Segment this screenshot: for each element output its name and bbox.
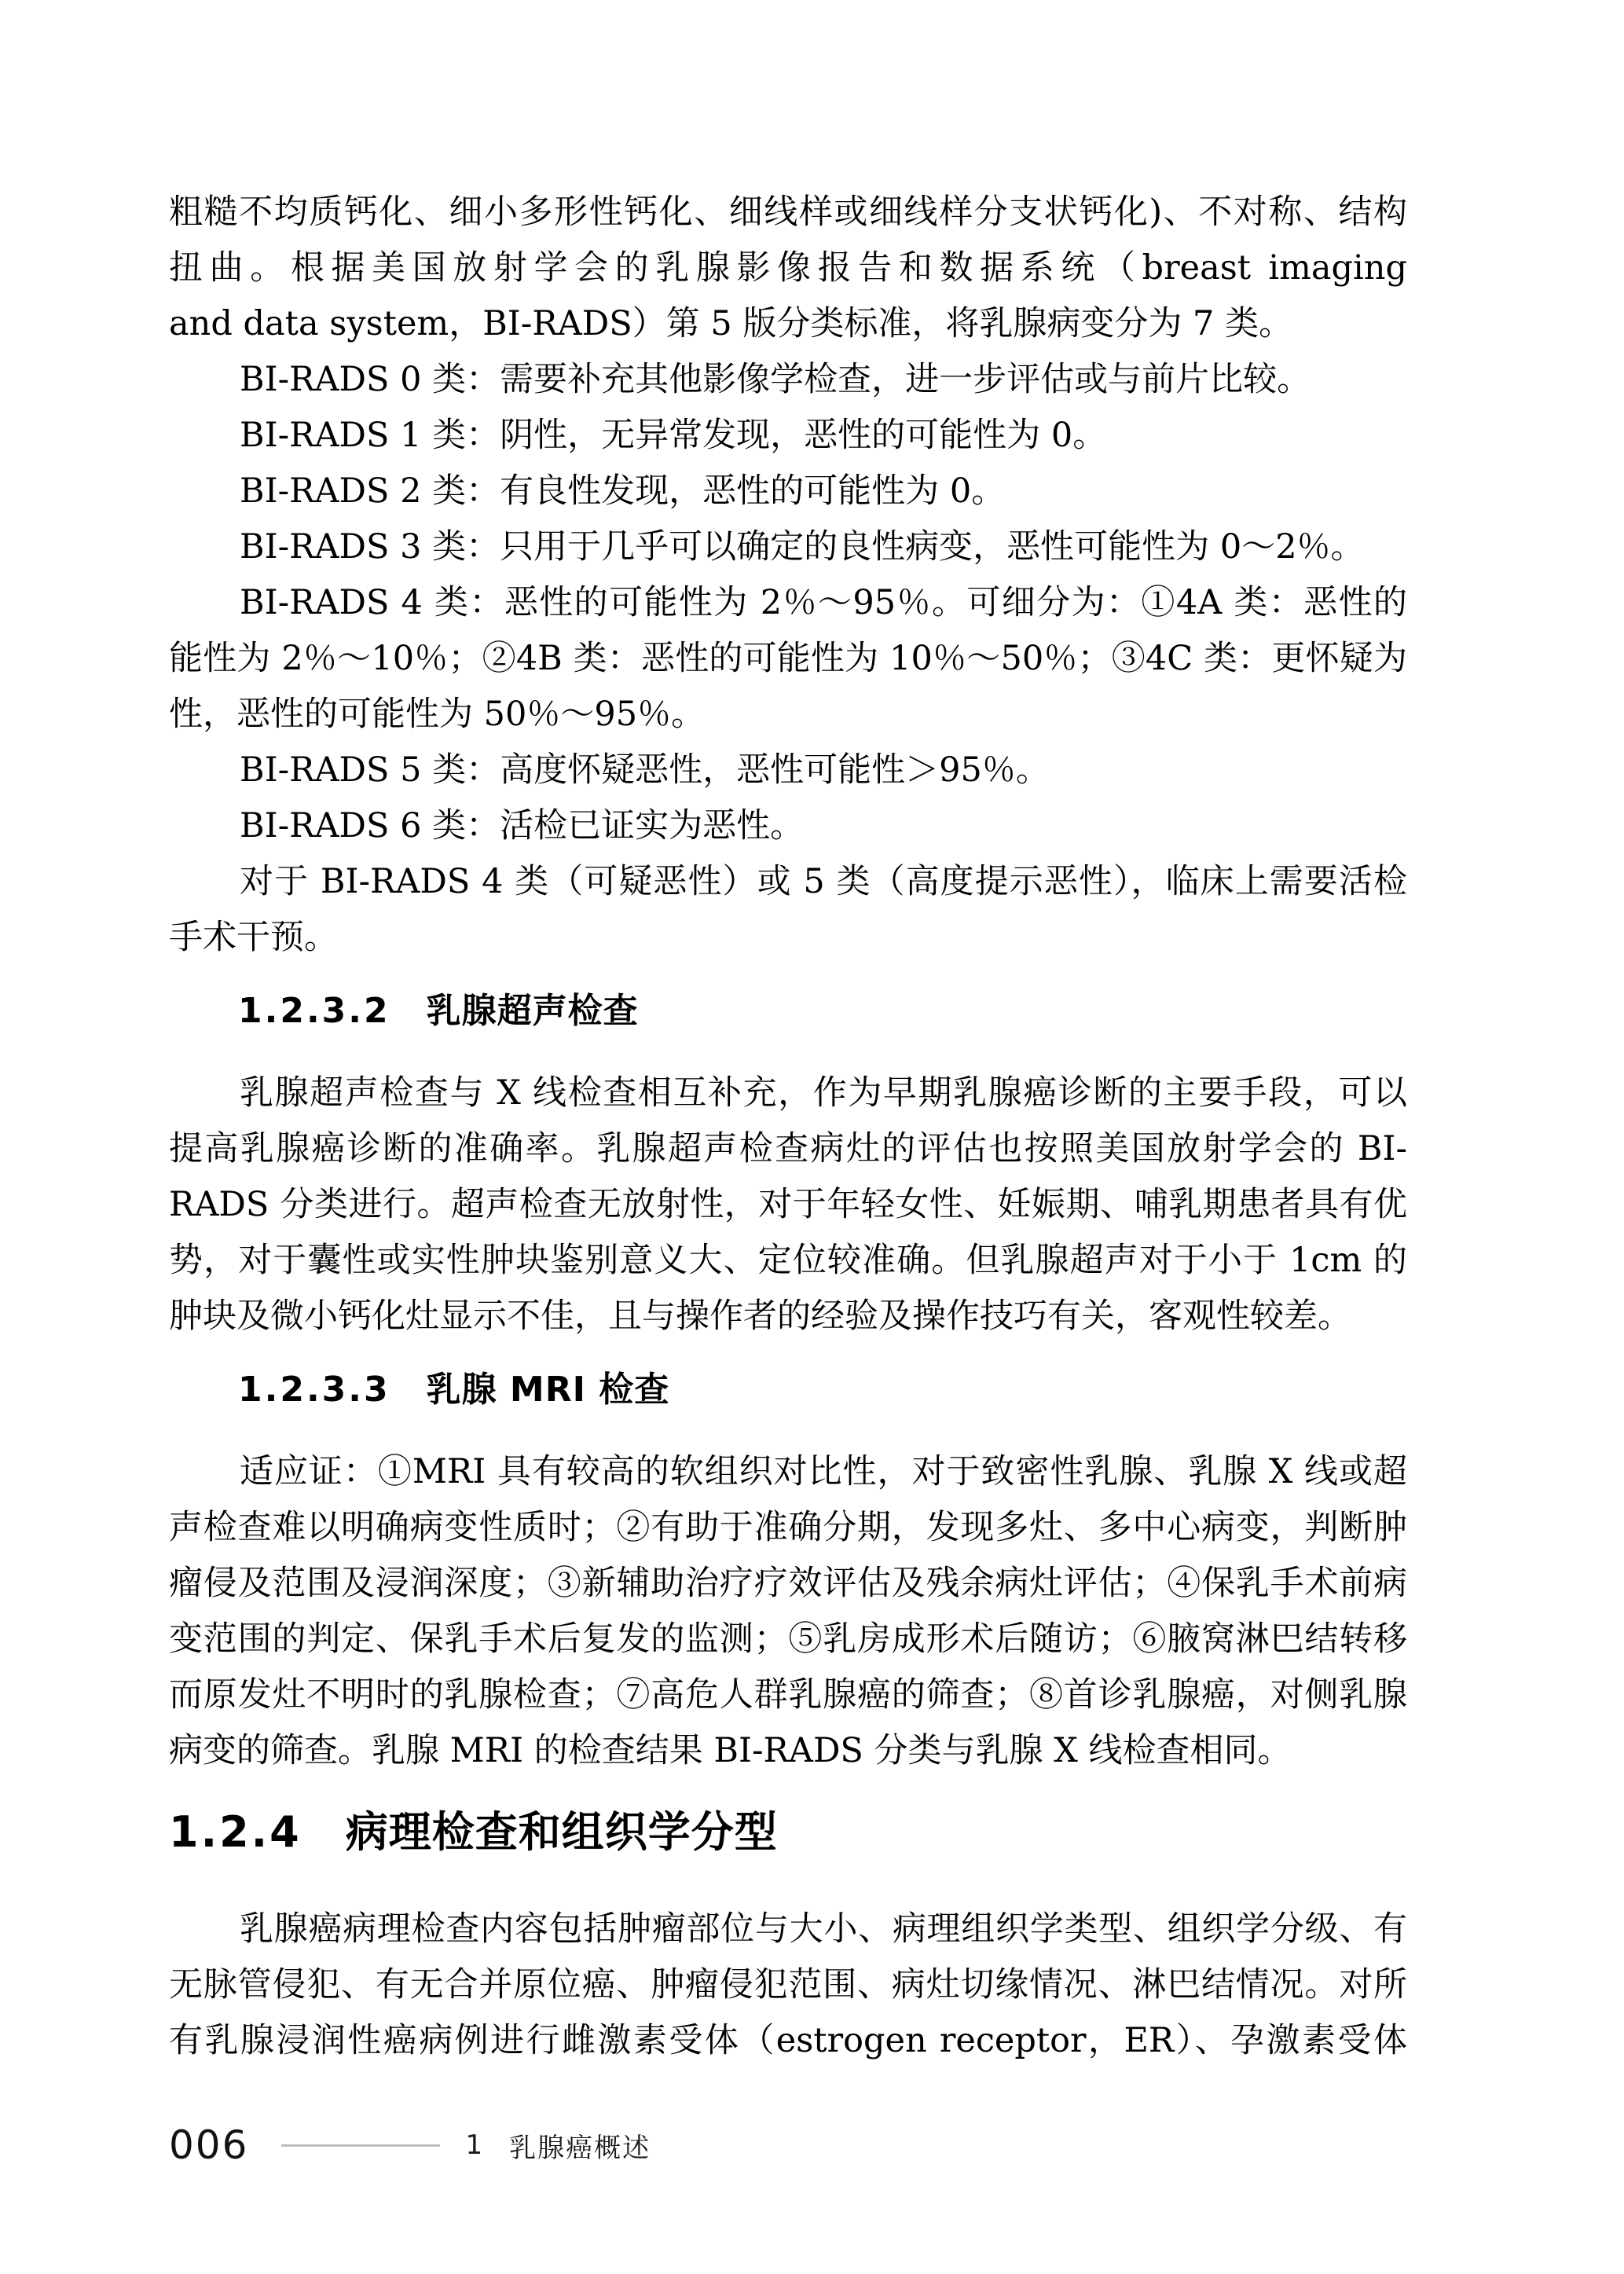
- text-line: 适应证：①MRI 具有较高的软组织对比性，对于致密性乳腺、乳腺 X 线或超: [169, 1444, 1407, 1500]
- text-line: 扭曲。根据美国放射学会的乳腺影像报告和数据系统（breast imaging r…: [169, 240, 1407, 296]
- heading-title: 乳腺 MRI 检查: [427, 1370, 670, 1410]
- paragraph: BI-RADS 0 类：需要补充其他影像学检查，进一步评估或与前片比较。: [169, 352, 1407, 408]
- text-line: 能性为 2％～10％；②4B 类：恶性的可能性为 10％～50％；③4C 类：更…: [169, 631, 1407, 687]
- paragraph: BI-RADS 1 类：阴性，无异常发现，恶性的可能性为 0。: [169, 408, 1407, 464]
- page-number: 006: [169, 2122, 248, 2168]
- text-line: BI-RADS 4 类：恶性的可能性为 2％～95％。可细分为：①4A 类：恶性…: [169, 575, 1407, 631]
- paragraph: BI-RADS 5 类：高度怀疑恶性，恶性可能性＞95％。: [169, 743, 1407, 798]
- paragraph: BI-RADS 6 类：活检已证实为恶性。: [169, 798, 1407, 854]
- text-line: BI-RADS 6 类：活检已证实为恶性。: [169, 798, 1407, 854]
- paragraph: 适应证：①MRI 具有较高的软组织对比性，对于致密性乳腺、乳腺 X 线或超声检查…: [169, 1444, 1407, 1779]
- chapter-title: 乳腺癌概述: [509, 2126, 651, 2165]
- text-line: 变范围的判定、保乳手术后复发的监测；⑤乳房成形术后随访；⑥腋窝淋巴结转移: [169, 1612, 1407, 1667]
- text-line: BI-RADS 2 类：有良性发现，恶性的可能性为 0。: [169, 464, 1407, 519]
- text-line: 有乳腺浸润性癌病例进行雌激素受体（estrogen receptor，ER）、孕…: [169, 2013, 1407, 2069]
- text-line: 提高乳腺癌诊断的准确率。乳腺超声检查病灶的评估也按照美国放射学会的 BI-: [169, 1121, 1407, 1177]
- text-line: RADS 分类进行。超声检查无放射性，对于年轻女性、妊娠期、哺乳期患者具有优: [169, 1177, 1407, 1233]
- text-line: 瘤侵及范围及浸润深度；③新辅助治疗疗效评估及残余病灶评估；④保乳手术前病: [169, 1556, 1407, 1612]
- document-content: 粗糙不均质钙化、细小多形性钙化、细线样或细线样分支状钙化)、不对称、结构扭曲。根…: [169, 185, 1407, 2069]
- text-line: 而原发灶不明时的乳腺检查；⑦高危人群乳腺癌的筛查；⑧首诊乳腺癌，对侧乳腺: [169, 1667, 1407, 1723]
- heading-title: 乳腺超声检查: [427, 991, 639, 1031]
- text-line: 声检查难以明确病变性质时；②有助于准确分期，发现多灶、多中心病变，判断肿: [169, 1500, 1407, 1556]
- text-line: 势，对于囊性或实性肿块鉴别意义大、定位较准确。但乳腺超声对于小于 1cm 的: [169, 1233, 1407, 1289]
- heading-number: 1.2.3.3: [238, 1370, 390, 1410]
- text-line: 肿块及微小钙化灶显示不佳，且与操作者的经验及操作技巧有关，客观性较差。: [169, 1289, 1407, 1344]
- paragraph: 对于 BI-RADS 4 类（可疑恶性）或 5 类（高度提示恶性），临床上需要活…: [169, 854, 1407, 966]
- text-line: 无脉管侵犯、有无合并原位癌、肿瘤侵犯范围、病灶切缘情况、淋巴结情况。对所: [169, 1957, 1407, 2013]
- text-line: BI-RADS 1 类：阴性，无异常发现，恶性的可能性为 0。: [169, 408, 1407, 464]
- section-heading-1.2.4: 1.2.4病理检查和组织学分型: [169, 1801, 1407, 1864]
- page-footer: 006 1 乳腺癌概述: [169, 2122, 651, 2169]
- paragraph: 乳腺超声检查与 X 线检查相互补充，作为早期乳腺癌诊断的主要手段，可以提高乳腺癌…: [169, 1065, 1407, 1344]
- text-line: 乳腺癌病理检查内容包括肿瘤部位与大小、病理组织学类型、组织学分级、有: [169, 1902, 1407, 1957]
- paragraph: BI-RADS 3 类：只用于几乎可以确定的良性病变，恶性可能性为 0～2％。: [169, 519, 1407, 575]
- heading-number: 1.2.4: [169, 1807, 302, 1857]
- book-page: 粗糙不均质钙化、细小多形性钙化、细线样或细线样分支状钙化)、不对称、结构扭曲。根…: [0, 0, 1624, 2274]
- section-heading-1.2.3.3: 1.2.3.3乳腺 MRI 检查: [169, 1362, 1407, 1418]
- paragraph: BI-RADS 4 类：恶性的可能性为 2％～95％。可细分为：①4A 类：恶性…: [169, 575, 1407, 743]
- text-line: and data system，BI-RADS）第 5 版分类标准，将乳腺病变分…: [169, 296, 1407, 352]
- chapter-number: 1: [465, 2129, 482, 2161]
- text-line: 对于 BI-RADS 4 类（可疑恶性）或 5 类（高度提示恶性），临床上需要活…: [169, 854, 1407, 910]
- text-line: 乳腺超声检查与 X 线检查相互补充，作为早期乳腺癌诊断的主要手段，可以: [169, 1065, 1407, 1121]
- text-line: BI-RADS 5 类：高度怀疑恶性，恶性可能性＞95％。: [169, 743, 1407, 798]
- footer-rule: [281, 2144, 440, 2147]
- heading-number: 1.2.3.2: [238, 991, 390, 1031]
- paragraph: 粗糙不均质钙化、细小多形性钙化、细线样或细线样分支状钙化)、不对称、结构扭曲。根…: [169, 185, 1407, 352]
- text-line: 手术干预。: [169, 910, 1407, 966]
- text-line: 粗糙不均质钙化、细小多形性钙化、细线样或细线样分支状钙化)、不对称、结构: [169, 185, 1407, 240]
- paragraph: BI-RADS 2 类：有良性发现，恶性的可能性为 0。: [169, 464, 1407, 519]
- text-line: 病变的筛查。乳腺 MRI 的检查结果 BI-RADS 分类与乳腺 X 线检查相同…: [169, 1723, 1407, 1779]
- text-line: BI-RADS 0 类：需要补充其他影像学检查，进一步评估或与前片比较。: [169, 352, 1407, 408]
- text-line: BI-RADS 3 类：只用于几乎可以确定的良性病变，恶性可能性为 0～2％。: [169, 519, 1407, 575]
- heading-title: 病理检查和组织学分型: [346, 1807, 778, 1857]
- section-heading-1.2.3.2: 1.2.3.2乳腺超声检查: [169, 983, 1407, 1039]
- text-line: 性，恶性的可能性为 50％～95％。: [169, 687, 1407, 743]
- paragraph: 乳腺癌病理检查内容包括肿瘤部位与大小、病理组织学类型、组织学分级、有无脉管侵犯、…: [169, 1902, 1407, 2069]
